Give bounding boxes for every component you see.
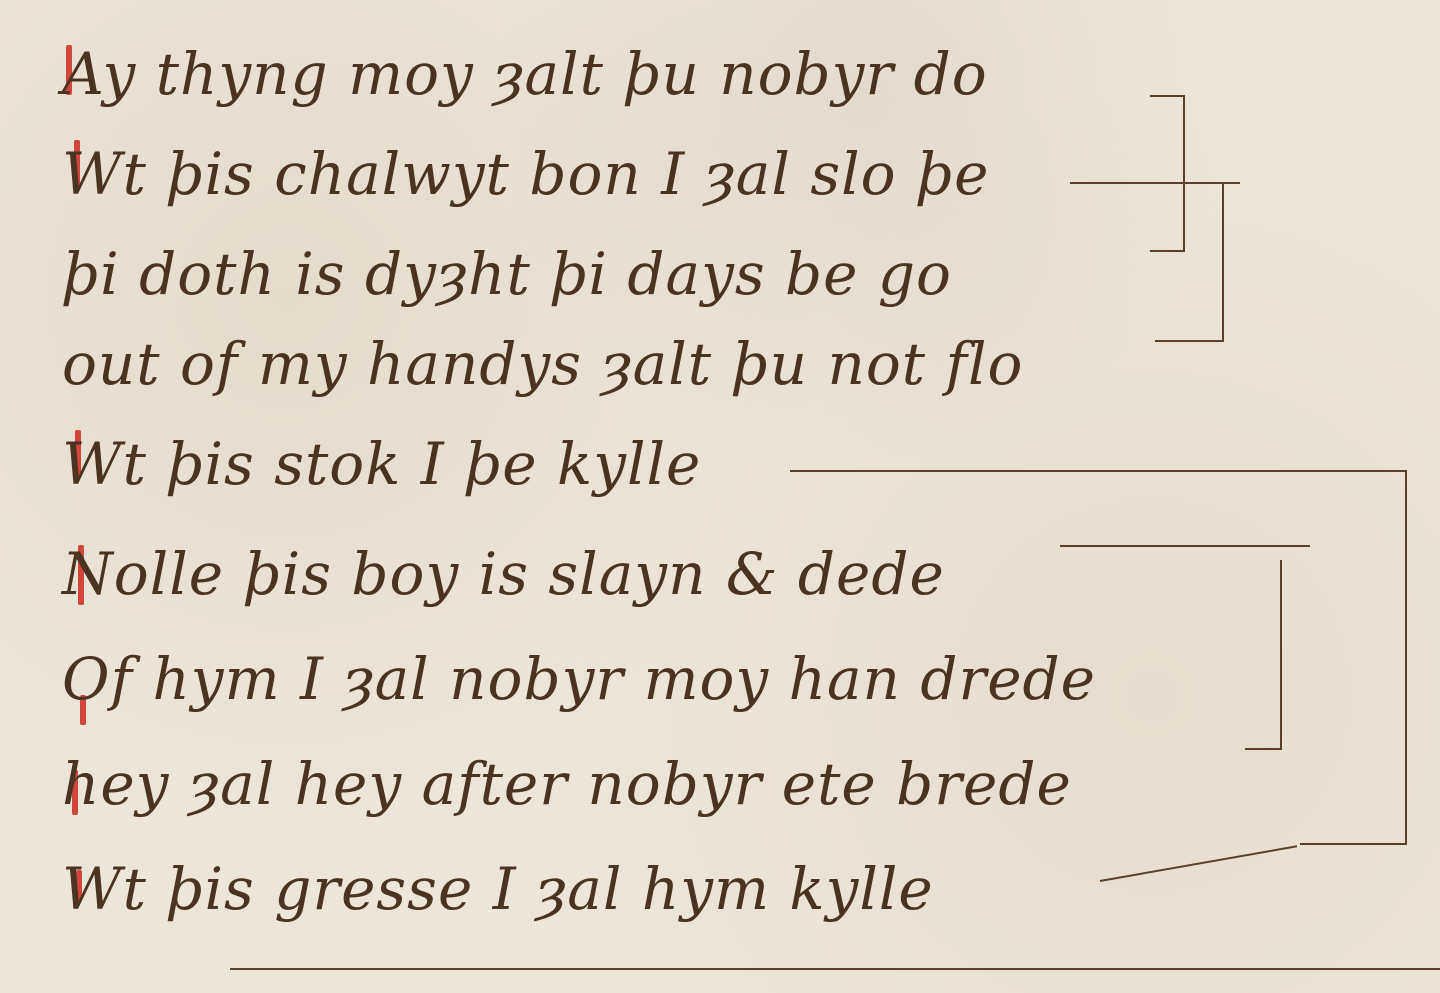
manuscript-line: þi doth is dyȝht þi days be go (62, 245, 952, 303)
bracket-line (1155, 340, 1223, 342)
manuscript-line: out of my handys ȝalt þu not flo (62, 335, 1023, 393)
bracket-line (1183, 95, 1185, 250)
bracket-line (1280, 560, 1282, 750)
bracket-line (1222, 182, 1224, 342)
bracket-line (1300, 843, 1407, 845)
manuscript-line: Of hym I ȝal nobyr moy han drede (62, 650, 1096, 708)
manuscript-line: Ay thyng moy ȝalt þu nobyr do (62, 45, 988, 103)
ruling-line (230, 968, 1440, 970)
bracket-line (1405, 470, 1407, 845)
manuscript-line: Wt þis stok I þe kylle (62, 435, 701, 493)
bracket-line (1100, 845, 1297, 882)
bracket-line (1245, 748, 1282, 750)
manuscript-page: Ay thyng moy ȝalt þu nobyr do Wt þis cha… (0, 0, 1440, 993)
manuscript-line: Wt þis gresse I ȝal hym kylle (62, 860, 934, 918)
bracket-line (1070, 182, 1240, 184)
bracket-line (1150, 95, 1185, 97)
bracket-line (790, 470, 1405, 472)
manuscript-line: Nolle þis boy is slayn & dede (62, 545, 945, 603)
bracket-line (1150, 250, 1185, 252)
manuscript-line: hey ȝal hey after nobyr ete brede (62, 755, 1072, 813)
bracket-line (1060, 545, 1310, 547)
manuscript-line: Wt þis chalwyt bon I ȝal slo þe (62, 145, 989, 203)
